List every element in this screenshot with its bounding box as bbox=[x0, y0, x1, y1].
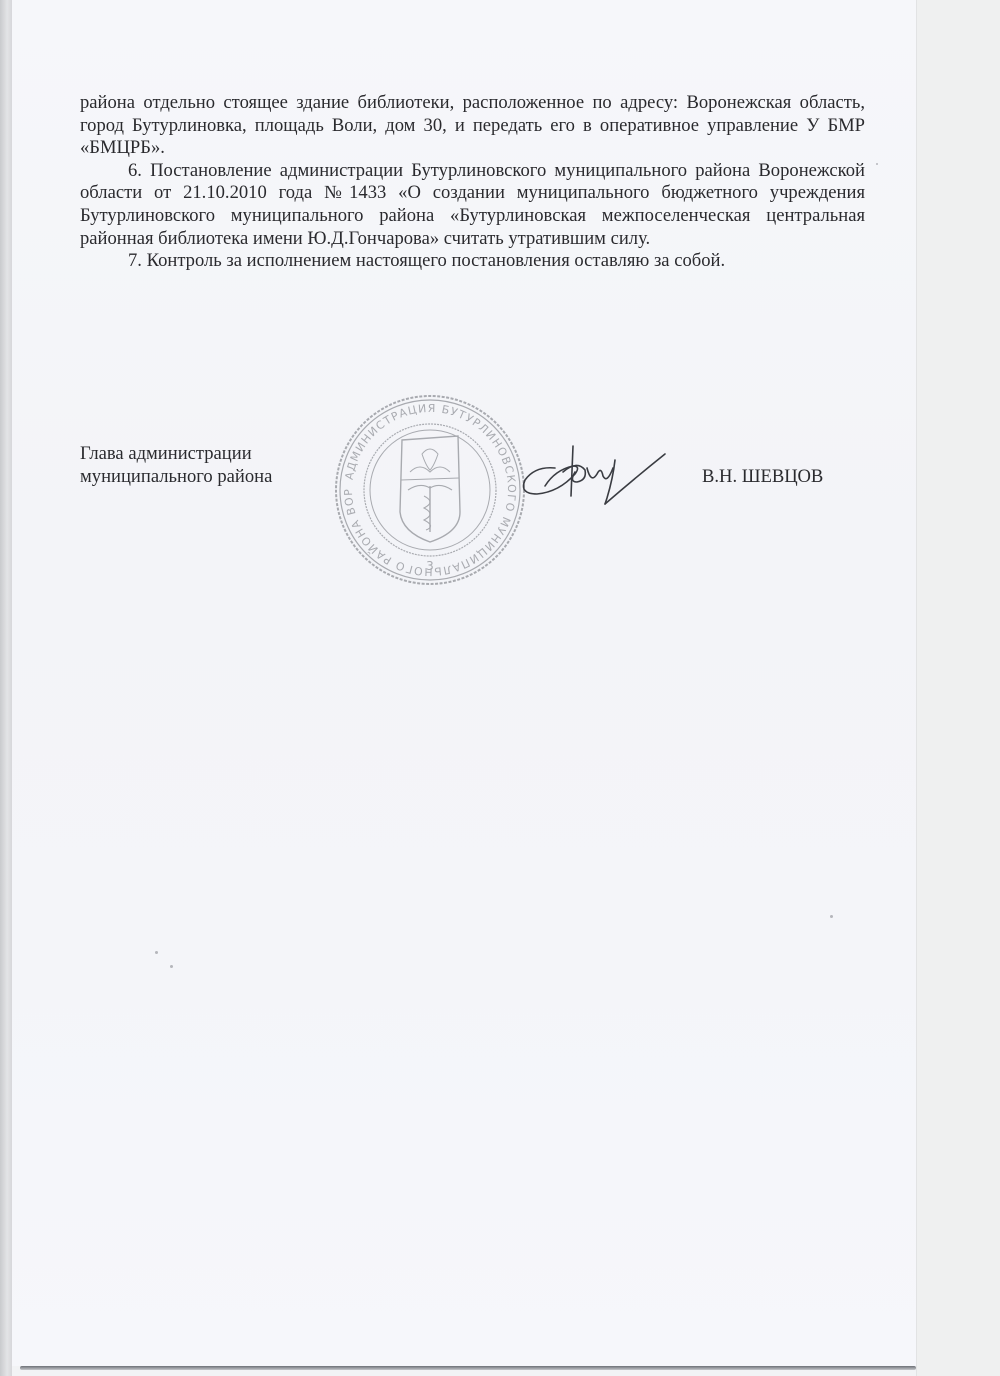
scan-speck bbox=[155, 951, 158, 954]
scanner-edge-strip bbox=[0, 0, 12, 1376]
official-stamp-icon: АДМИНИСТРАЦИЯ БУТУРЛИНОВСКОГО МУНИЦИПАЛЬ… bbox=[330, 392, 530, 588]
paragraph-7: 7. Контроль за исполнением настоящего по… bbox=[80, 250, 865, 273]
stamp-number: 3 bbox=[426, 559, 434, 573]
scan-speck bbox=[876, 163, 878, 165]
signatory-title: Глава администрации муниципального район… bbox=[80, 443, 272, 488]
handwritten-signature-icon bbox=[515, 438, 685, 518]
paragraph-6: 6. Постановление администрации Бутурлино… bbox=[80, 160, 865, 250]
signatory-title-line1: Глава администрации bbox=[80, 443, 272, 466]
page-background-edge bbox=[916, 0, 1000, 1376]
page-bottom-shadow bbox=[20, 1366, 916, 1370]
signatory-name: В.Н. ШЕВЦОВ bbox=[702, 466, 823, 489]
scan-speck bbox=[830, 915, 833, 918]
signatory-title-line2: муниципального района bbox=[80, 466, 272, 489]
scan-speck bbox=[170, 965, 173, 968]
document-body: района отдельно стоящее здание библиотек… bbox=[80, 92, 865, 273]
paragraph-continuation: района отдельно стоящее здание библиотек… bbox=[80, 92, 865, 160]
scanned-document: района отдельно стоящее здание библиотек… bbox=[0, 0, 1000, 1376]
